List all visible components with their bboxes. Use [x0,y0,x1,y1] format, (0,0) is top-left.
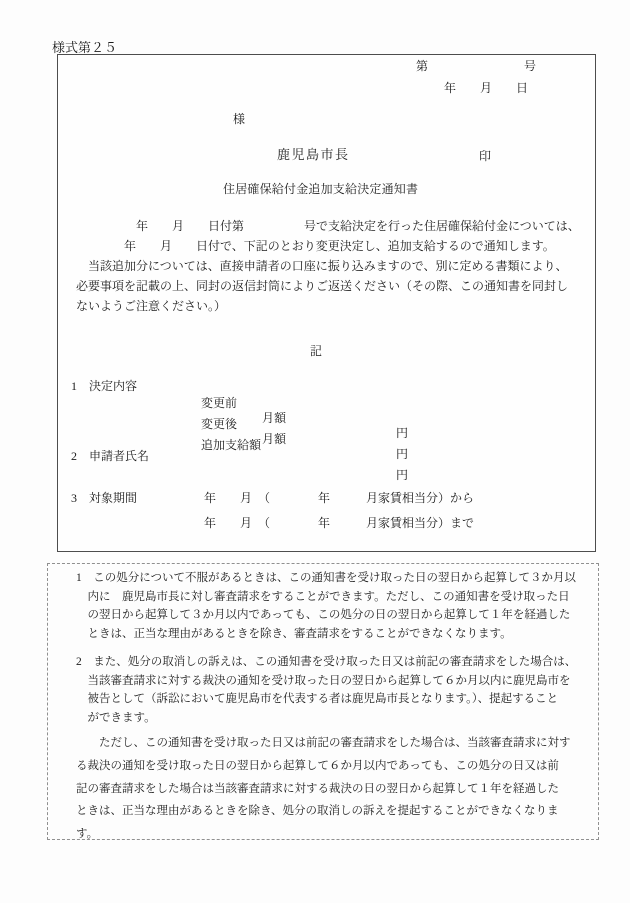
ki-heading: 記 [310,344,322,358]
appeal-notes-box: 1 この処分について不服があるときは、この通知書を受け取った日の翌日から起算して… [47,563,599,840]
text-line: 年 月 日付で、下記のとおり変更決定し、追加支給するので通知します。 [76,236,580,256]
addressee-suffix: 様 [233,112,245,126]
document-number-line: 第 号 [416,59,536,73]
text-line: 内に 鹿児島市長に対し審査請求をすることができます。ただし、この通知書を受け取っ… [76,588,576,607]
appeal-item-2: 2 また、処分の取消しの訴えは、この通知書を受け取った日又は前記の審査請求をした… [76,653,576,727]
notice-body: 年 月 日付第 号で支給決定を行った住居確保給付金については、 年 月 日付で、… [76,216,580,316]
text-line: ないようご注意ください。） [76,296,580,316]
notice-box: 第 号 年 月 日 様 鹿児島市長 印 住居確保給付金追加支給決定通知書 年 月… [57,54,596,552]
section-2-label: 申請者氏名 [89,449,149,463]
section-1-heading: 1決定内容 [71,379,137,393]
decision-row-before: 変更前 月額 円 [201,379,219,400]
decision-row-additional: 追加支給額 円 [201,421,219,442]
text-line: 当該審査請求に対する裁決の通知を受け取った日の翌日から起算して６か月以内に鹿児島… [76,672,576,691]
section-1-label: 決定内容 [89,379,137,393]
appeal-item-1: 1 この処分について不服があるときは、この通知書を受け取った日の翌日から起算して… [76,569,576,643]
appeal-item-2-proviso: ただし、この通知書を受け取った日又は前記の審査請求をした場合は、当該審査請求に対… [76,732,571,846]
period-line-from: 年 月 （ 年 月家賃相当分）から [204,491,474,505]
sender-name: 鹿児島市長 [277,148,350,162]
text-line: る裁決の通知を受け取った日の翌日から起算して６か月以内であっても、この処分の日又… [76,755,571,778]
text-line: す。 [76,823,571,846]
decision-additional-unit: 円 [396,466,408,483]
text-line: 年 月 日付第 号で支給決定を行った住居確保給付金については、 [76,216,580,236]
text-line: 被告として（訴訟において鹿児島市を代表する者は鹿児島市長となります。）、提起する… [76,690,576,709]
period-line-to: 年 月 （ 年 月家賃相当分）まで [204,516,474,530]
decision-after-unit: 円 [396,445,408,462]
text-line: 記の審査請求をした場合は当該審査請求に対する裁決の日の翌日から起算して１年を経過… [76,778,571,801]
text-line: ただし、この通知書を受け取った日又は前記の審査請求をした場合は、当該審査請求に対… [76,732,571,755]
text-line: 当該追加分については、直接申請者の口座に振り込みますので、別に定める書類により、 [76,256,580,276]
date-line: 年 月 日 [444,81,528,95]
text-line: 1 この処分について不服があるときは、この通知書を受け取った日の翌日から起算して… [76,569,576,588]
text-line: 2 また、処分の取消しの訴えは、この通知書を受け取った日又は前記の審査請求をした… [76,653,576,672]
text-line: ができます。 [76,709,576,728]
section-3-heading: 3対象期間 [71,491,137,505]
section-2-heading: 2申請者氏名 [71,449,149,463]
decision-before-field: 月額 [262,409,286,426]
section-2-number: 2 [71,449,77,463]
section-3-label: 対象期間 [89,491,137,505]
text-line: ときは、正当な理由があるときを除き、処分の取消しの訴えを提起することができなくな… [76,800,571,823]
seal-mark: 印 [479,149,491,163]
decision-row-after: 変更後 月額 円 [201,400,219,421]
section-1-number: 1 [71,379,77,393]
decision-after-field: 月額 [262,430,286,447]
document-page: 様式第２５ 第 号 年 月 日 様 鹿児島市長 印 住居確保給付金追加支給決定通… [0,0,630,903]
text-line: ときは、正当な理由があるときを除き、審査請求をすることができなくなります。 [76,625,576,644]
decision-additional-label: 追加支給額 [201,436,261,453]
notice-title: 住居確保給付金追加支給決定通知書 [223,182,418,196]
form-number-label: 様式第２５ [52,41,117,55]
text-line: の翌日から起算して３か月以内であっても、この処分の日の翌日から起算して１年を経過… [76,606,576,625]
section-3-number: 3 [71,491,77,505]
decision-before-unit: 円 [396,424,408,441]
text-line: 必要事項を記載の上、同封の返信封筒によりご返送ください（その際、この通知書を同封… [76,276,580,296]
